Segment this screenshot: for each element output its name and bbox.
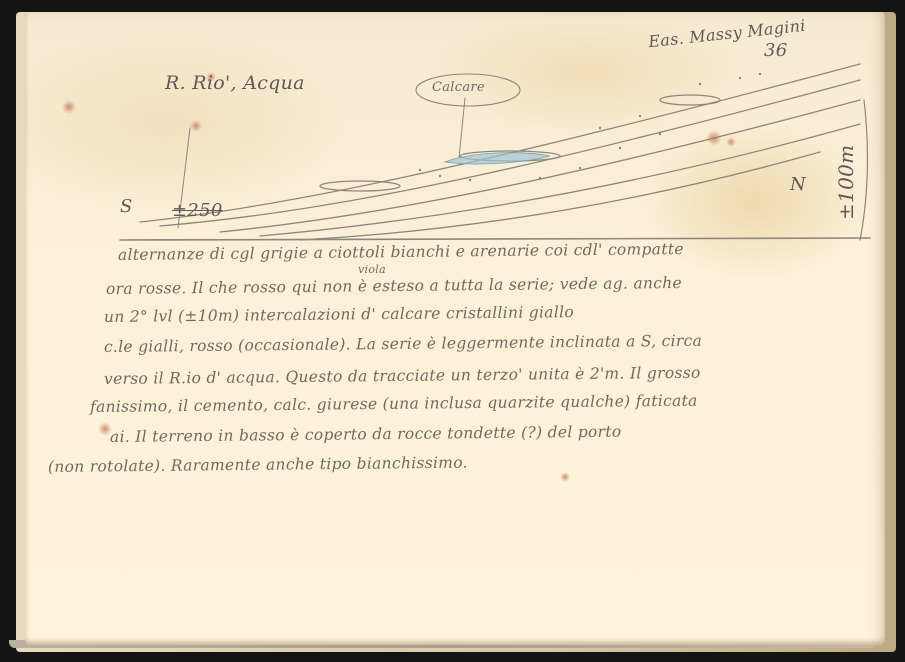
callout-label: Calcare [432,80,485,95]
location-label-left: R. Rio', Acqua [165,72,305,94]
note-line-1-insert: viola [358,263,386,276]
direction-marker-south: S [120,196,133,217]
elevation-right: ±100m [834,145,858,220]
page-number: 36 [764,40,788,61]
geological-cross-section-sketch [0,0,905,662]
direction-marker-north: N [790,174,806,195]
elevation-left: ±250 [172,200,223,221]
